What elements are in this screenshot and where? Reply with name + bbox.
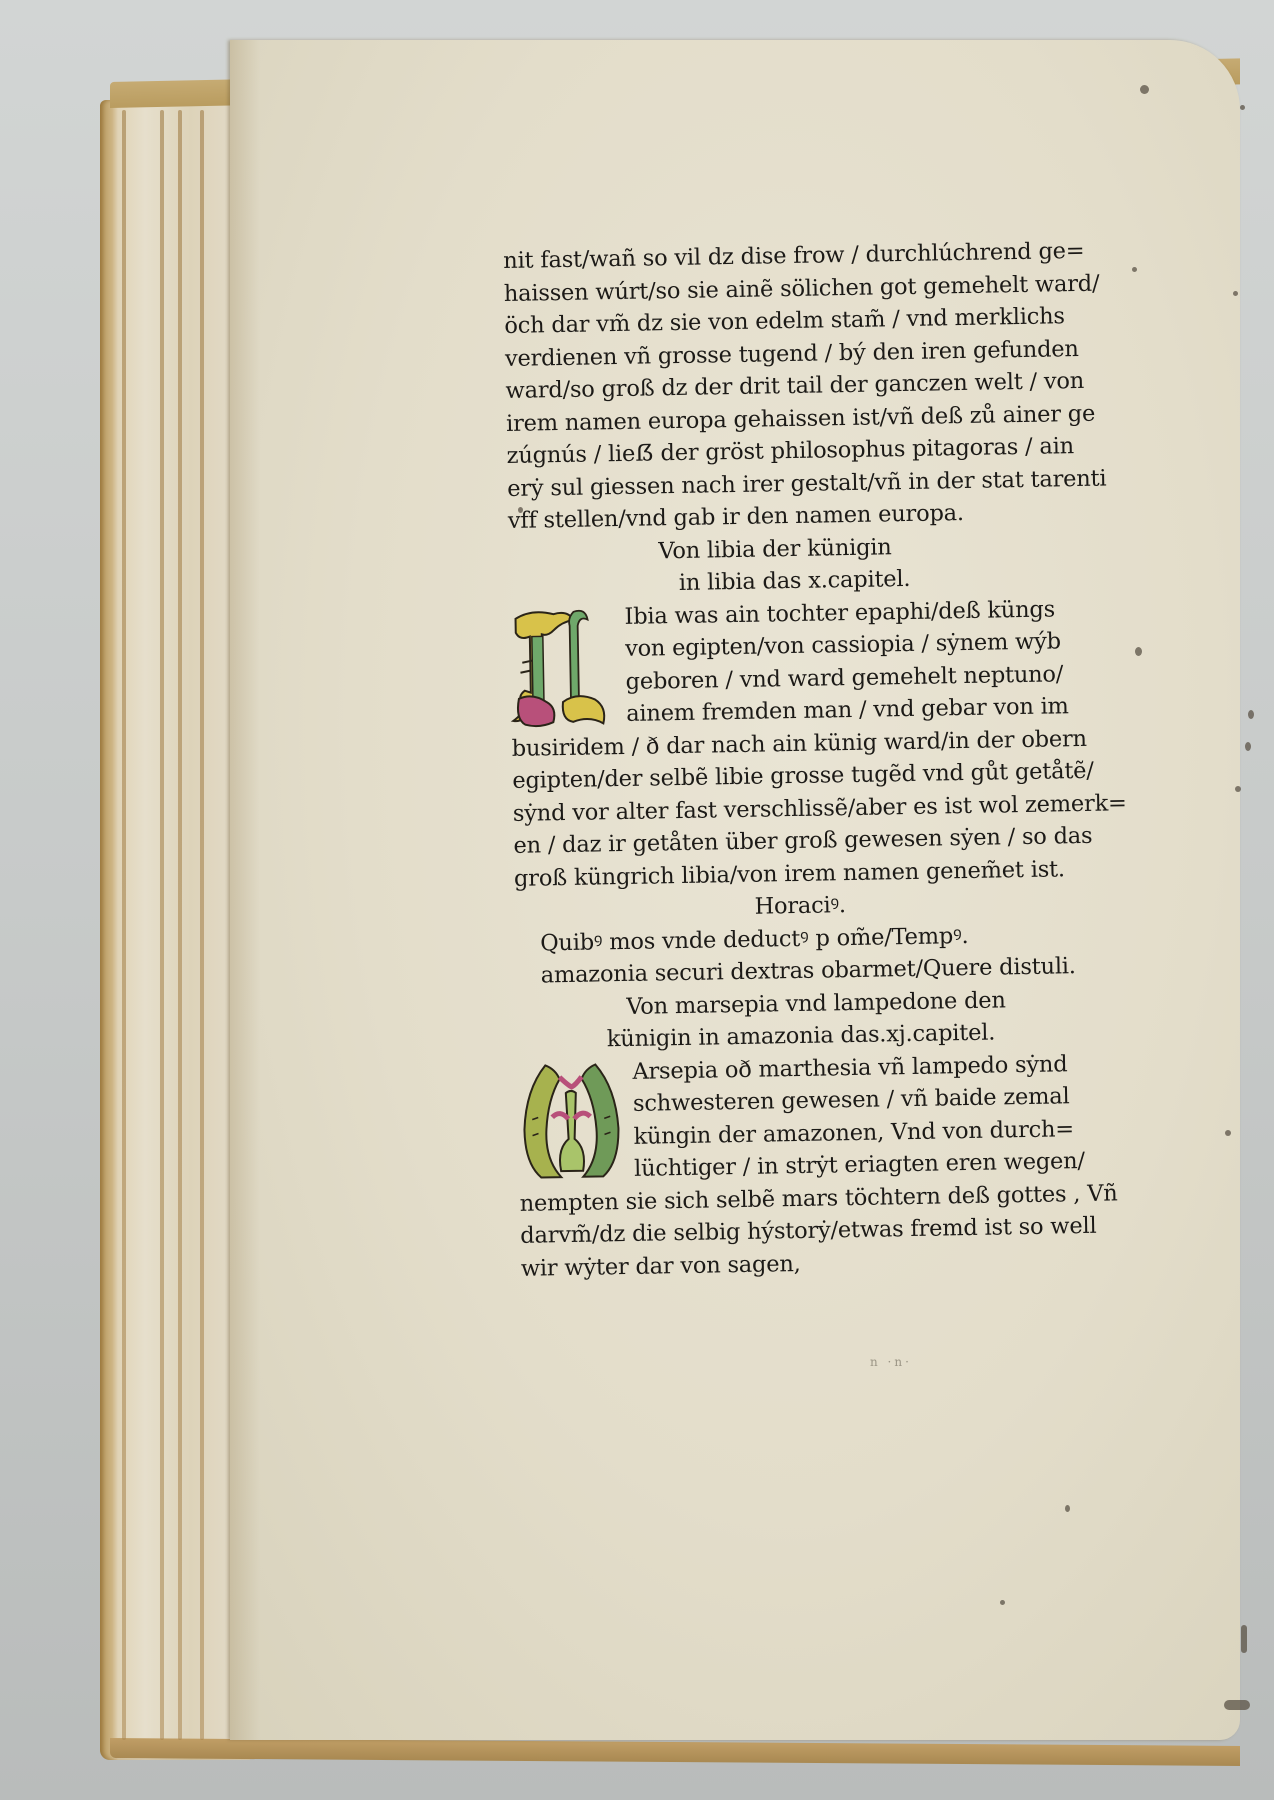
paragraph-with-initial-L: Ibia was ain tochter epaphi/deß küngs vo… xyxy=(509,591,1151,732)
paper-speck xyxy=(1240,105,1245,110)
paper-speck xyxy=(1235,786,1241,792)
paper-stain xyxy=(1241,1625,1247,1653)
leaf-edge-line xyxy=(178,110,182,1740)
paper-speck xyxy=(1248,710,1254,719)
decorated-initial-L-icon xyxy=(501,605,608,731)
paper-speck xyxy=(1140,85,1149,94)
paragraph-with-initial-M: Arsepia oð marthesia vñ lampedo sẏnd sch… xyxy=(517,1046,1159,1187)
paper-speck xyxy=(1225,1130,1231,1136)
decorated-initial-M-icon xyxy=(515,1057,627,1185)
printed-text-block: nit fast/wañ so vil dz dise frow / durch… xyxy=(503,234,1161,1285)
page-gutter-shadow xyxy=(230,40,260,1740)
book-bottom-edge xyxy=(110,1738,1240,1766)
paper-speck xyxy=(1233,291,1238,296)
paper-stain xyxy=(1224,1700,1250,1710)
paper-speck xyxy=(1065,1505,1070,1512)
faint-show-through-marks: n ·n· xyxy=(870,1355,912,1369)
leaf-edge-line xyxy=(122,110,126,1740)
paper-speck xyxy=(1000,1600,1005,1605)
leaf-edge-line xyxy=(160,110,164,1740)
paper-speck xyxy=(1245,742,1251,751)
leaf-edge-line xyxy=(200,110,204,1740)
